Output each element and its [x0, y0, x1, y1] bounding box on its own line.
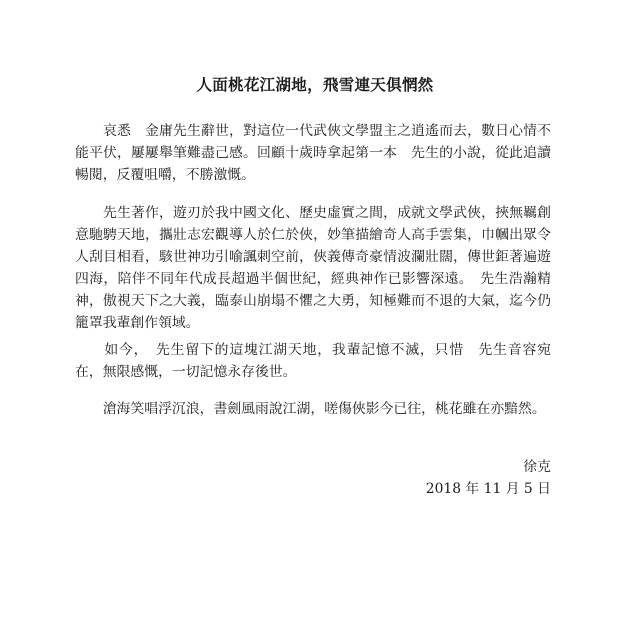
signature-name: 徐克 [523, 456, 551, 478]
paragraph-poem: 滄海笑唱浮沉浪，書劍風雨說江湖，嗟傷俠影今已往，桃花雖在亦黯然。 [75, 398, 551, 420]
paragraph-condolence: 哀悉 金庸先生辭世，對這位一代武俠文學盟主之逍遙而去，數日心情不能平伏，屢屢舉筆… [75, 120, 551, 186]
paragraph-tribute: 先生著作，遊刃於我中國文化、歷史虛實之間，成就文學武俠，挾無羈創意馳騁天地，攜壯… [75, 202, 551, 334]
paragraph-memory: 如今， 先生留下的這塊江湖天地，我輩記憶不滅，只惜 先生音容宛在，無限感慨，一切… [75, 339, 551, 383]
document-page: 人面桃花江湖地，飛雪連天俱惘然 哀悉 金庸先生辭世，對這位一代武俠文學盟主之逍遙… [0, 0, 630, 630]
signature-date: 2018 年 11 月 5 日 [426, 478, 551, 500]
document-title: 人面桃花江湖地，飛雪連天俱惘然 [0, 74, 630, 96]
